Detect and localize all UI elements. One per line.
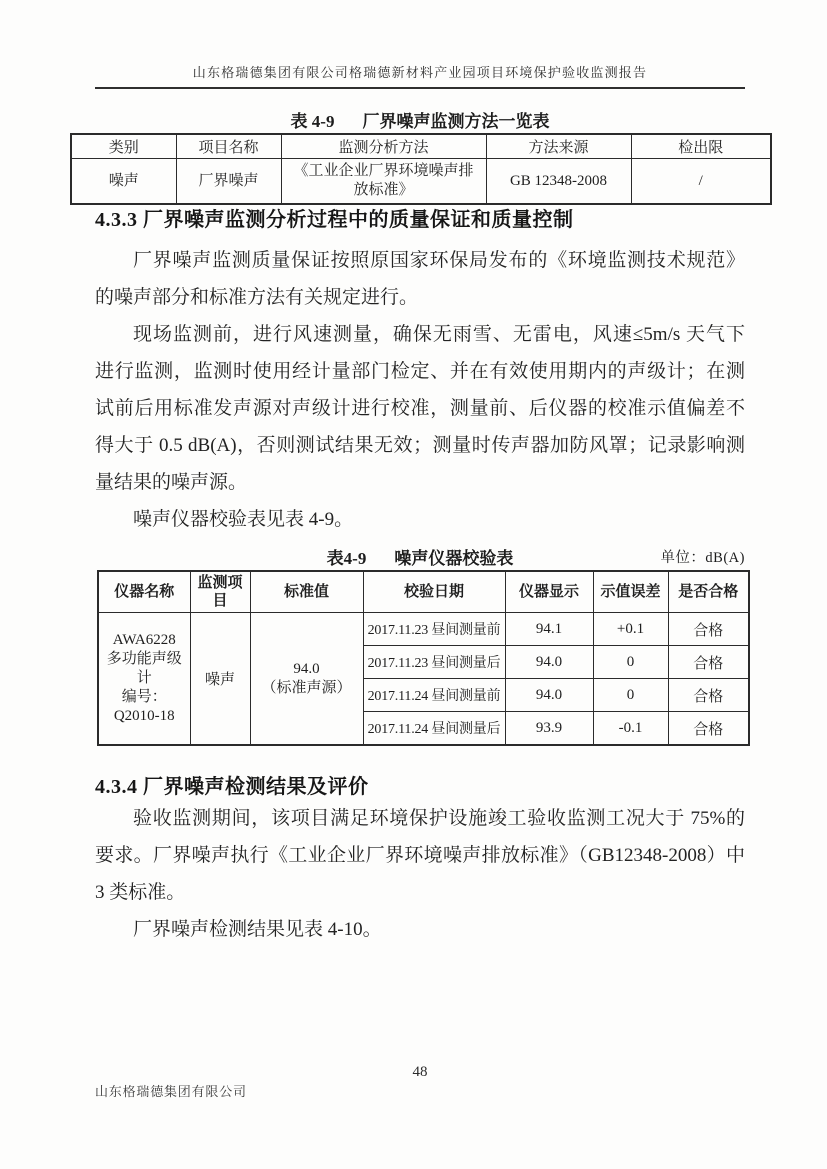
paragraph-line: 3 类标准。: [95, 874, 745, 911]
page-header-title: 山东格瑞德集团有限公司格瑞德新材料产业园项目环境保护验收监测报告: [95, 62, 745, 89]
method-table-caption-title: 厂界噪声监测方法一览表: [362, 112, 549, 131]
section-4-3-4-body: 验收监测期间，该项目满足环境保护设施竣工验收监测工况大于 75%的 要求。厂界噪…: [95, 800, 745, 948]
cell-qualified: 合格: [668, 679, 749, 712]
method-table: 类别 项目名称 监测分析方法 方法来源 检出限 噪声 厂界噪声 《工业企业厂界环…: [70, 133, 772, 205]
table-row: AWA6228 多功能声级计 编号： Q2010-18 噪声 94.0 （标准声…: [98, 613, 749, 646]
cell-display: 93.9: [505, 712, 593, 746]
paragraph-line: 现场监测前，进行风速测量，确保无雨雪、无雷电，风速≤5m/s 天气下: [95, 316, 745, 353]
section-heading-4-3-3: 4.3.3 厂界噪声监测分析过程中的质量保证和质量控制: [95, 203, 775, 232]
header-cell-standard: 标准值: [250, 571, 363, 613]
section-heading-4-3-4: 4.3.4 厂界噪声检测结果及评价: [95, 770, 775, 799]
paragraph-line: 量结果的噪声源。: [95, 464, 745, 501]
method-table-caption: 表 4-9厂界噪声监测方法一览表: [95, 107, 745, 132]
cell-limit: /: [631, 159, 771, 205]
header-cell-monitor-item: 监测项目: [190, 571, 250, 613]
calibration-table-caption-title: 噪声仪器校验表: [394, 549, 513, 568]
paragraph-line: 试前后用标准发声源对声级计进行校准，测量前、后仪器的校准示值偏差不: [95, 390, 745, 427]
paragraph-line: 得大于 0.5 dB(A)，否则测试结果无效；测量时传声器加防风罩；记录影响测: [95, 427, 745, 464]
header-cell-source: 方法来源: [486, 134, 631, 159]
paragraph-line: 厂界噪声监测质量保证按照原国家环保局发布的《环境监测技术规范》: [95, 242, 745, 279]
calibration-table-caption: 表4-9噪声仪器校验表 单位：dB(A): [95, 544, 745, 569]
calibration-table: 仪器名称 监测项目 标准值 校验日期 仪器显示 示值误差 是否合格 AWA622…: [97, 570, 750, 746]
cell-display: 94.0: [505, 679, 593, 712]
paragraph-line: 进行监测，监测时使用经计量部门检定、并在有效使用期内的声级计；在测: [95, 353, 745, 390]
header-cell-error: 示值误差: [593, 571, 668, 613]
paragraph-line: 噪声仪器校验表见表 4-9。: [95, 501, 745, 538]
cell-qualified: 合格: [668, 646, 749, 679]
unit-note: 单位：dB(A): [660, 546, 745, 567]
header-cell-method: 监测分析方法: [281, 134, 486, 159]
table-row: 噪声 厂界噪声 《工业企业厂界环境噪声排 放标准》 GB 12348-2008 …: [71, 159, 771, 205]
cell-standard: 94.0 （标准声源）: [250, 613, 363, 746]
header-cell-instrument: 仪器名称: [98, 571, 190, 613]
cell-qualified: 合格: [668, 613, 749, 646]
paragraph-line: 的噪声部分和标准方法有关规定进行。: [95, 279, 745, 316]
cell-date: 2017.11.24 昼间测量前: [363, 679, 505, 712]
section-4-3-3-body: 厂界噪声监测质量保证按照原国家环保局发布的《环境监测技术规范》 的噪声部分和标准…: [95, 242, 745, 538]
cell-item: 厂界噪声: [176, 159, 281, 205]
cell-date: 2017.11.23 昼间测量后: [363, 646, 505, 679]
cell-error: 0: [593, 679, 668, 712]
cell-error: +0.1: [593, 613, 668, 646]
cell-error: -0.1: [593, 712, 668, 746]
paragraph-line: 验收监测期间，该项目满足环境保护设施竣工验收监测工况大于 75%的: [95, 800, 745, 837]
cell-qualified: 合格: [668, 712, 749, 746]
cell-display: 94.1: [505, 613, 593, 646]
cell-instrument: AWA6228 多功能声级计 编号： Q2010-18: [98, 613, 190, 746]
document-page: 山东格瑞德集团有限公司格瑞德新材料产业园项目环境保护验收监测报告 表 4-9厂界…: [0, 0, 827, 1169]
method-table-caption-label: 表 4-9: [291, 112, 335, 131]
paragraph-line: 要求。厂界噪声执行《工业企业厂界环境噪声排放标准》（GB12348-2008）中: [95, 837, 745, 874]
header-cell-category: 类别: [71, 134, 176, 159]
calibration-table-caption-label: 表4-9: [327, 549, 367, 568]
cell-date: 2017.11.24 昼间测量后: [363, 712, 505, 746]
paragraph-line: 厂界噪声检测结果见表 4-10。: [95, 911, 745, 948]
header-cell-qualified: 是否合格: [668, 571, 749, 613]
header-cell-display: 仪器显示: [505, 571, 593, 613]
header-cell-item: 项目名称: [176, 134, 281, 159]
page-number: 48: [95, 1064, 745, 1081]
cell-method: 《工业企业厂界环境噪声排 放标准》: [281, 159, 486, 205]
header-cell-limit: 检出限: [631, 134, 771, 159]
cell-category: 噪声: [71, 159, 176, 205]
cell-error: 0: [593, 646, 668, 679]
cell-date: 2017.11.23 昼间测量前: [363, 613, 505, 646]
table-header-row: 仪器名称 监测项目 标准值 校验日期 仪器显示 示值误差 是否合格: [98, 571, 749, 613]
cell-display: 94.0: [505, 646, 593, 679]
cell-source: GB 12348-2008: [486, 159, 631, 205]
cell-monitor-item: 噪声: [190, 613, 250, 746]
header-cell-date: 校验日期: [363, 571, 505, 613]
footer-company: 山东格瑞德集团有限公司: [95, 1081, 247, 1100]
table-header-row: 类别 项目名称 监测分析方法 方法来源 检出限: [71, 134, 771, 159]
